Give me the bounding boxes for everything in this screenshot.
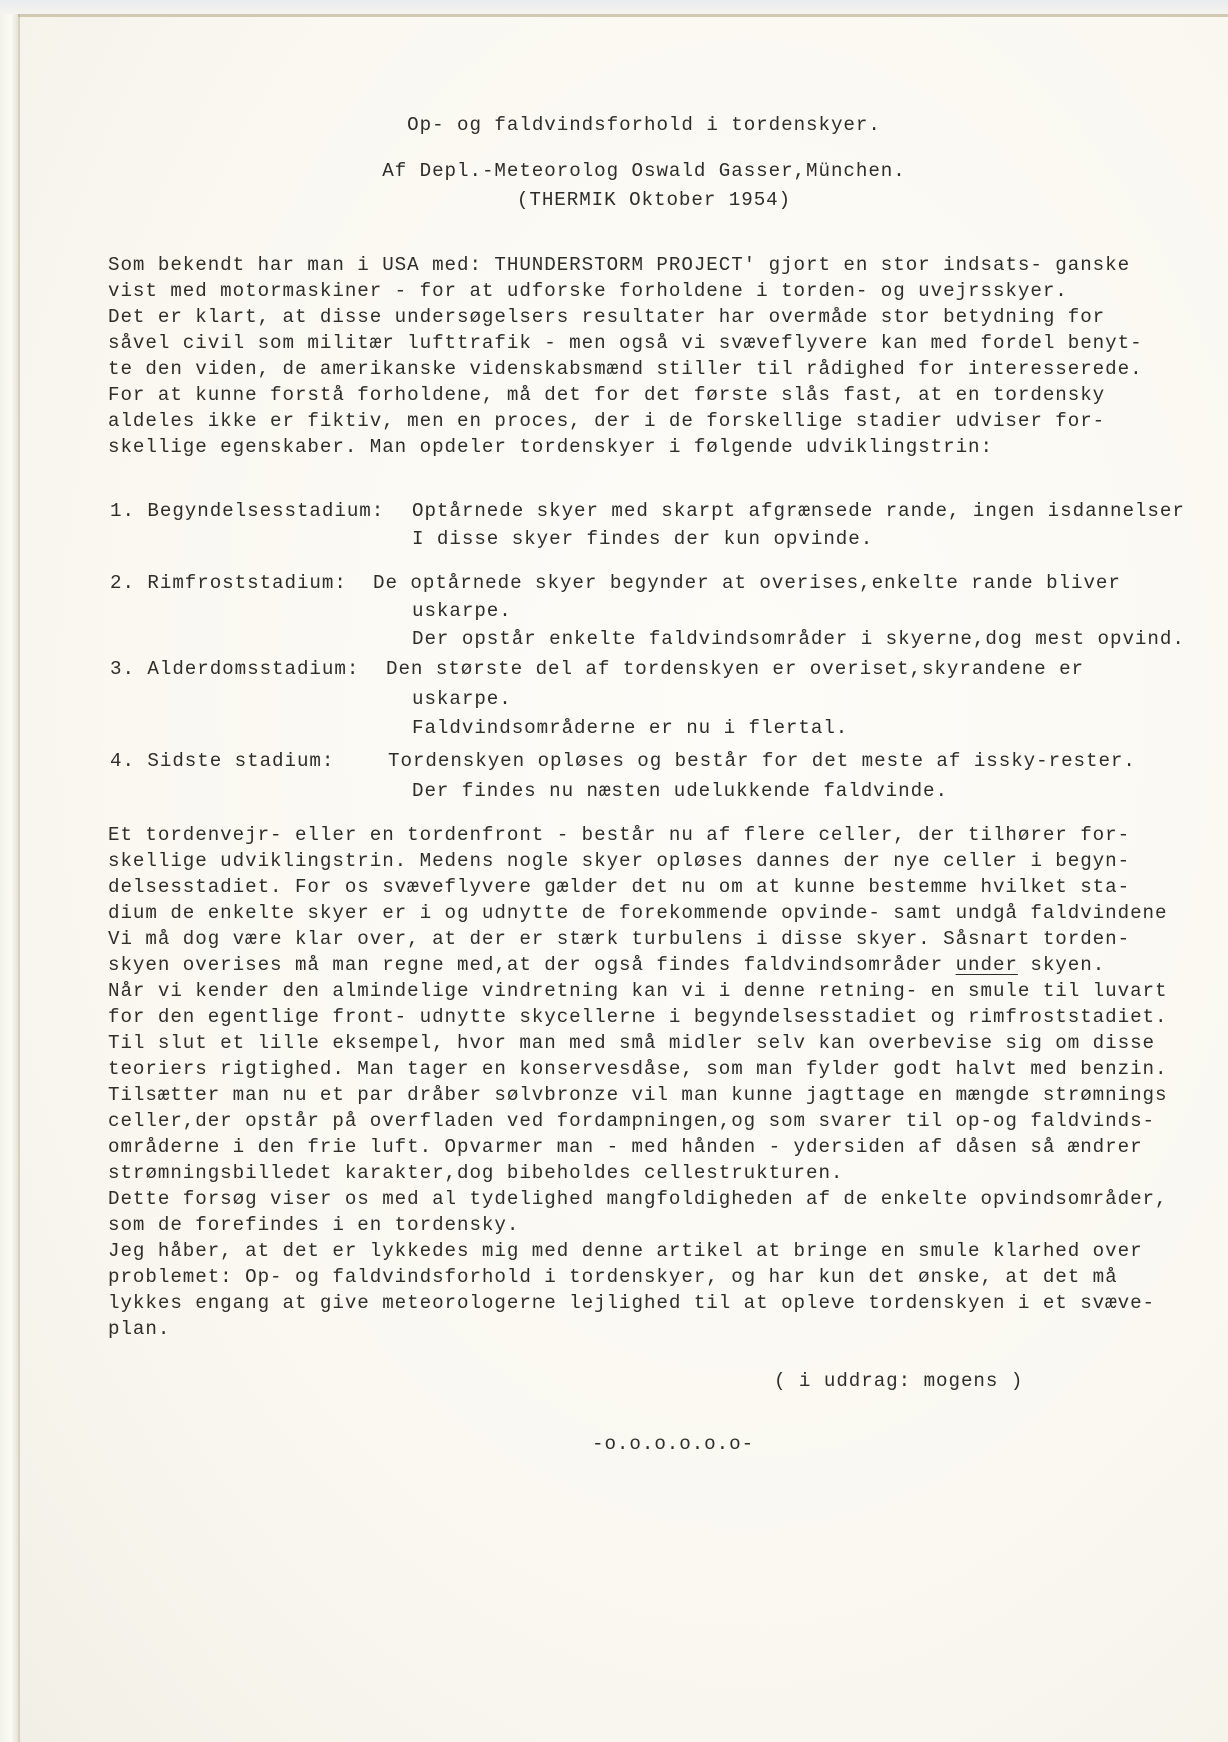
text-line: plan. — [108, 1318, 170, 1340]
text-segment: skyen overises må man regne med,at der o… — [108, 954, 956, 976]
stage-text: uskarpe. — [412, 688, 512, 710]
article-title: Op- og faldvindsforhold i tordenskyer. — [30, 114, 1228, 136]
text-line: såvel civil som militær lufttrafik - men… — [108, 332, 1143, 354]
text-line: delsesstadiet. For os svæveflyvere gælde… — [108, 876, 1130, 898]
text-line: celler,der opstår på overfladen ved ford… — [108, 1110, 1155, 1132]
text-line-underline: skyen overises må man regne med,at der o… — [108, 954, 1105, 976]
stage-text: Faldvindsområderne er nu i flertal. — [412, 717, 848, 739]
stage-label: 3. Alderdomsstadium: — [110, 658, 359, 680]
text-line: Dette forsøg viser os med al tydelighed … — [108, 1188, 1167, 1210]
text-line: Det er klart, at disse undersøgelsers re… — [108, 306, 1105, 328]
stage-text: Tordenskyen opløses og består for det me… — [388, 750, 1136, 772]
text-line: lykkes engang at give meteorologerne lej… — [108, 1292, 1155, 1314]
binder-spine — [0, 14, 18, 1742]
stage-text: De optårnede skyer begynder at overises,… — [373, 572, 1121, 594]
article-byline: Af Depl.-Meteorolog Oswald Gasser,Münche… — [30, 160, 1228, 182]
text-line: dium de enkelte skyer er i og udnytte de… — [108, 902, 1167, 924]
stage-text: Den største del af tordenskyen er overis… — [386, 658, 1084, 680]
stage-text: Der opstår enkelte faldvindsområder i sk… — [412, 628, 1185, 650]
separator-ornament: -o.o.o.o.o.o- — [592, 1433, 754, 1455]
text-line: Til slut et lille eksempel, hvor man med… — [108, 1032, 1155, 1054]
text-line: teoriers rigtighed. Man tager en konserv… — [108, 1058, 1167, 1080]
text-line: aldeles ikke er fiktiv, men en proces, d… — [108, 410, 1105, 432]
text-line: problemet: Op- og faldvindsforhold i tor… — [108, 1266, 1118, 1288]
stage-text: uskarpe. — [412, 600, 512, 622]
text-line: Et tordenvejr- eller en tordenfront - be… — [108, 824, 1130, 846]
text-line: Vi må dog være klar over, at der er stær… — [108, 928, 1130, 950]
text-line: Når vi kender den almindelige vindretnin… — [108, 980, 1167, 1002]
text-line: For at kunne forstå forholdene, må det f… — [108, 384, 1105, 406]
stage-label: 4. Sidste stadium: — [110, 750, 334, 772]
article-source: (THERMIK Oktober 1954) — [40, 189, 1228, 211]
text-line: Som bekendt har man i USA med: THUNDERST… — [108, 254, 1130, 276]
text-segment: skyen. — [1018, 954, 1105, 976]
stage-text: I disse skyer findes der kun opvinde. — [412, 528, 873, 550]
text-line: Jeg håber, at det er lykkedes mig med de… — [108, 1240, 1143, 1262]
text-line: som de forefindes i en tordensky. — [108, 1214, 519, 1236]
text-line: Tilsætter man nu et par dråber sølvbronz… — [108, 1084, 1167, 1106]
text-line: for den egentlige front- udnytte skycell… — [108, 1006, 1167, 1028]
text-line: te den viden, de amerikanske videnskabsm… — [108, 358, 1143, 380]
underlined-word: under — [956, 954, 1018, 976]
text-line: områderne i den frie luft. Opvarmer man … — [108, 1136, 1143, 1158]
credit-line: ( i uddrag: mogens ) — [774, 1370, 1023, 1392]
stage-label: 1. Begyndelsesstadium: — [110, 500, 384, 522]
stage-text: Der findes nu næsten udelukkende faldvin… — [412, 780, 948, 802]
stage-text: Optårnede skyer med skarpt afgrænsede ra… — [412, 500, 1185, 522]
text-line: skellige egenskaber. Man opdeler tordens… — [108, 436, 993, 458]
text-line: strømningsbilledet karakter,dog bibehold… — [108, 1162, 843, 1184]
stage-label: 2. Rimfroststadium: — [110, 572, 347, 594]
scan-top-band — [0, 0, 1228, 14]
text-line: vist med motormaskiner - for at udforske… — [108, 280, 1068, 302]
text-line: skellige udviklingstrin. Medens nogle sk… — [108, 850, 1130, 872]
